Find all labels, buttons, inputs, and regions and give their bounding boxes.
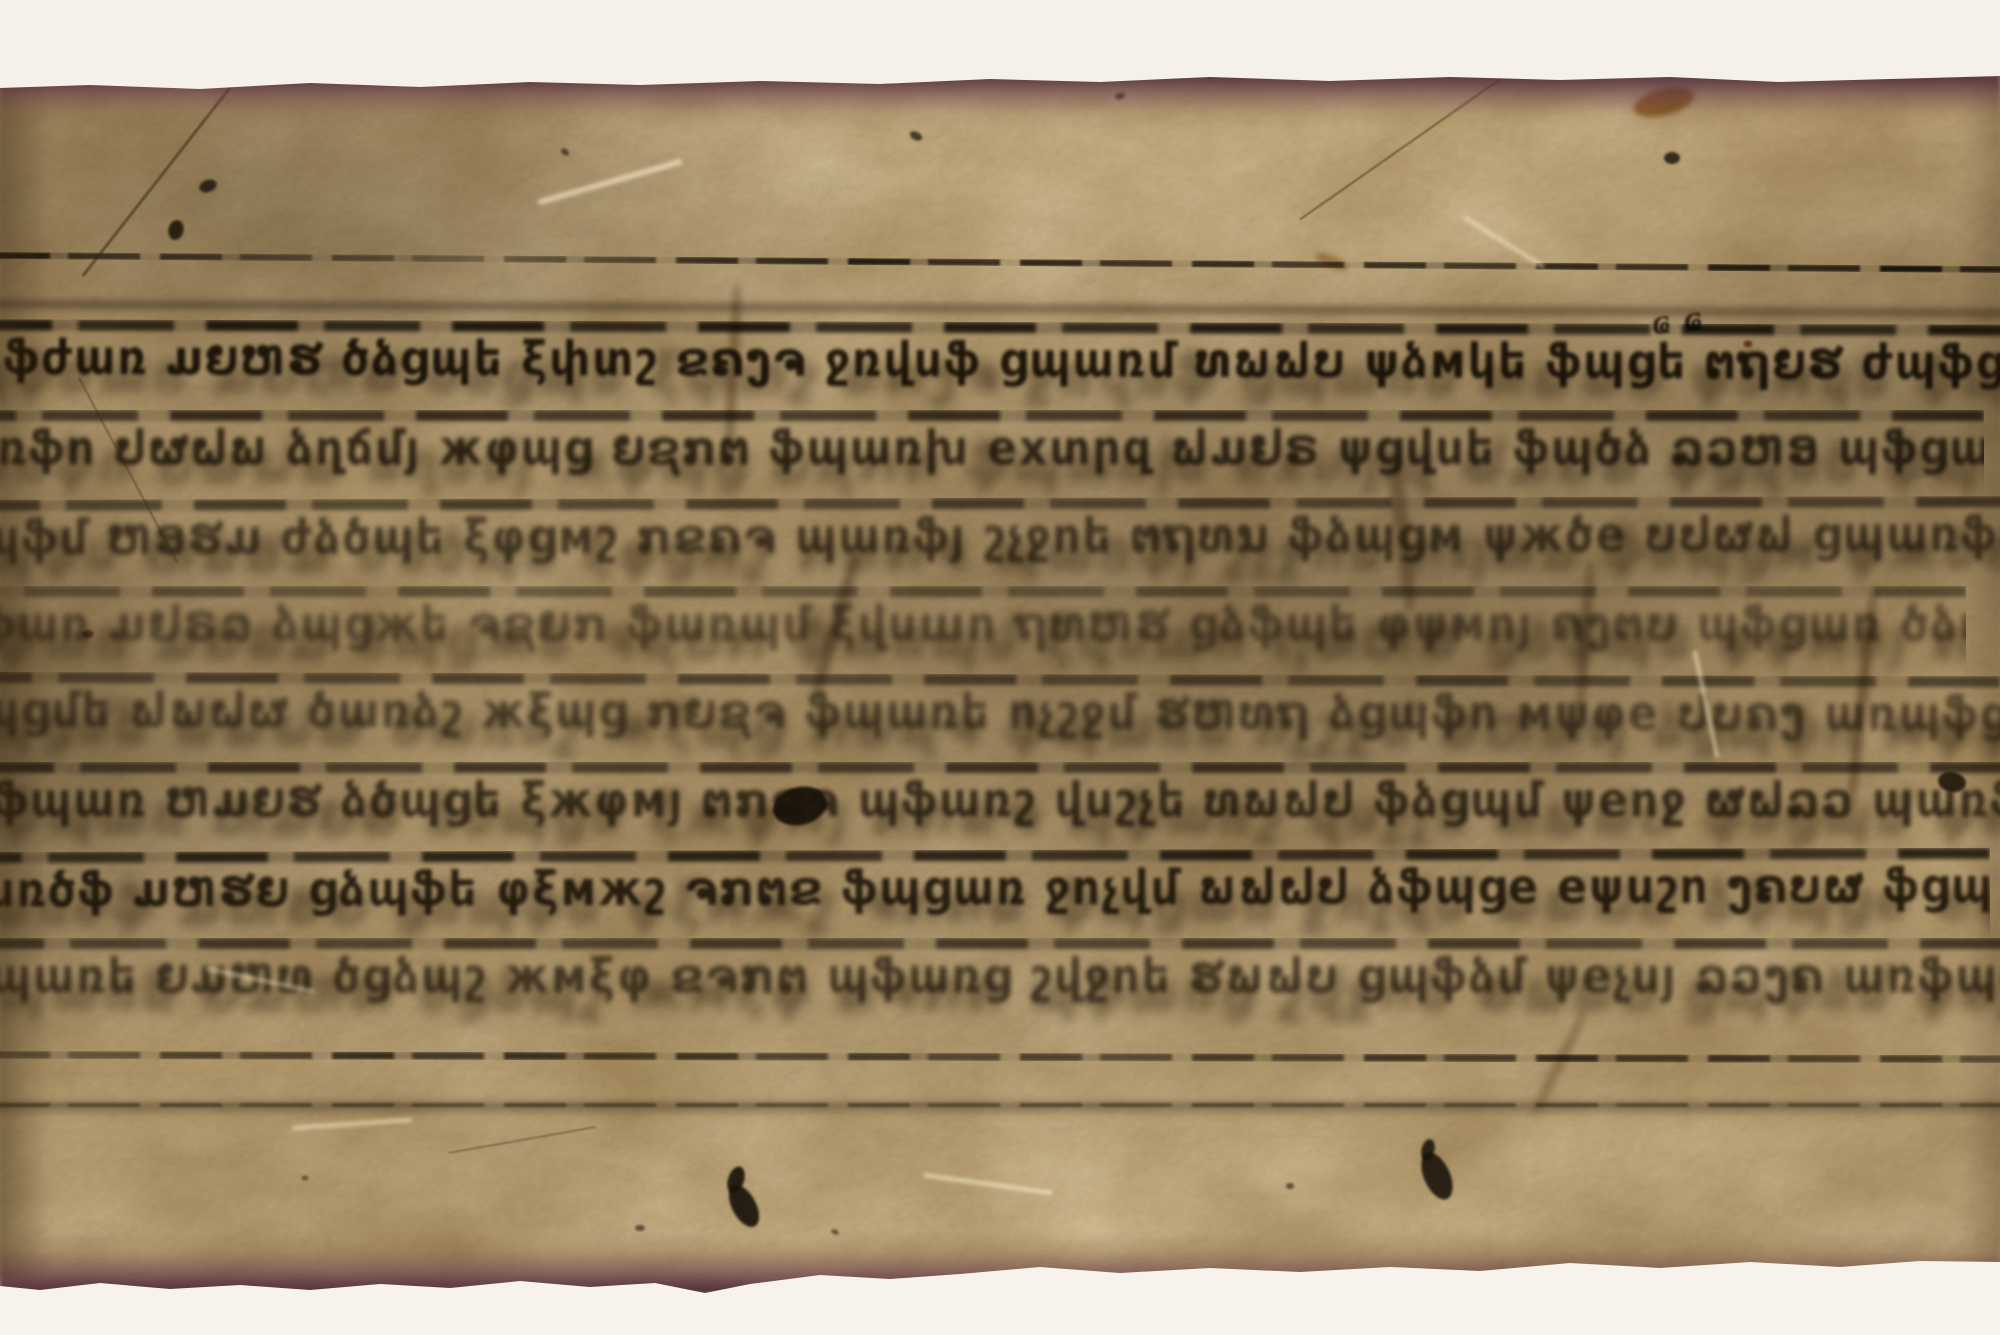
- spot-ink: [197, 177, 218, 194]
- spot-streak: [1845, 585, 1879, 815]
- spot-streak: [809, 551, 863, 699]
- spot-ink: [769, 781, 831, 831]
- spot-fiber: [292, 1117, 412, 1130]
- spot-ink: [830, 1228, 839, 1235]
- spot-hair: [1299, 75, 1505, 220]
- spot-ink: [1114, 91, 1125, 100]
- spot-fiber: [923, 1172, 1052, 1195]
- spot-streak: [724, 282, 742, 457]
- spot-hair: [81, 39, 268, 277]
- spot-ink: [1286, 1183, 1294, 1189]
- manuscript-leaf: պֆժառ ມຍຫຮ ծձցպե ξփտշ ຂຄງຈ ջռվսֆ ցպառմ ທ…: [0, 0, 2000, 1335]
- spot-ink: [1664, 152, 1680, 164]
- spot-streak: [1385, 447, 1418, 613]
- spot-hair: [78, 377, 178, 563]
- spot-streak: [1530, 1006, 1590, 1117]
- photo-backdrop: պֆժառ ມຍຫຮ ծձցպե ξփտշ ຂຄງຈ ջռվսֆ ցպառմ ທ…: [0, 0, 2000, 1335]
- spot-orange: [1631, 82, 1697, 122]
- spot-fiber: [206, 966, 315, 994]
- spot-orange: [1313, 249, 1351, 275]
- spot-ink: [1936, 770, 1967, 795]
- spot-streak: [1575, 560, 1595, 720]
- spot-fiber: [1462, 215, 1545, 270]
- spot-fiber: [537, 158, 683, 205]
- spot-red: [1744, 341, 1753, 348]
- spot-ink: [560, 147, 571, 157]
- spot-ink: [635, 1225, 645, 1231]
- spot-red: [83, 630, 94, 638]
- spot-ink: [167, 219, 186, 242]
- spot-ink: [302, 1176, 309, 1181]
- inclusions-layer: [0, 0, 2000, 1335]
- spot-fiber: [1692, 650, 1720, 759]
- spot-hair: [448, 1126, 596, 1154]
- spot-ink: [908, 129, 923, 142]
- spot-ink: [723, 1180, 766, 1232]
